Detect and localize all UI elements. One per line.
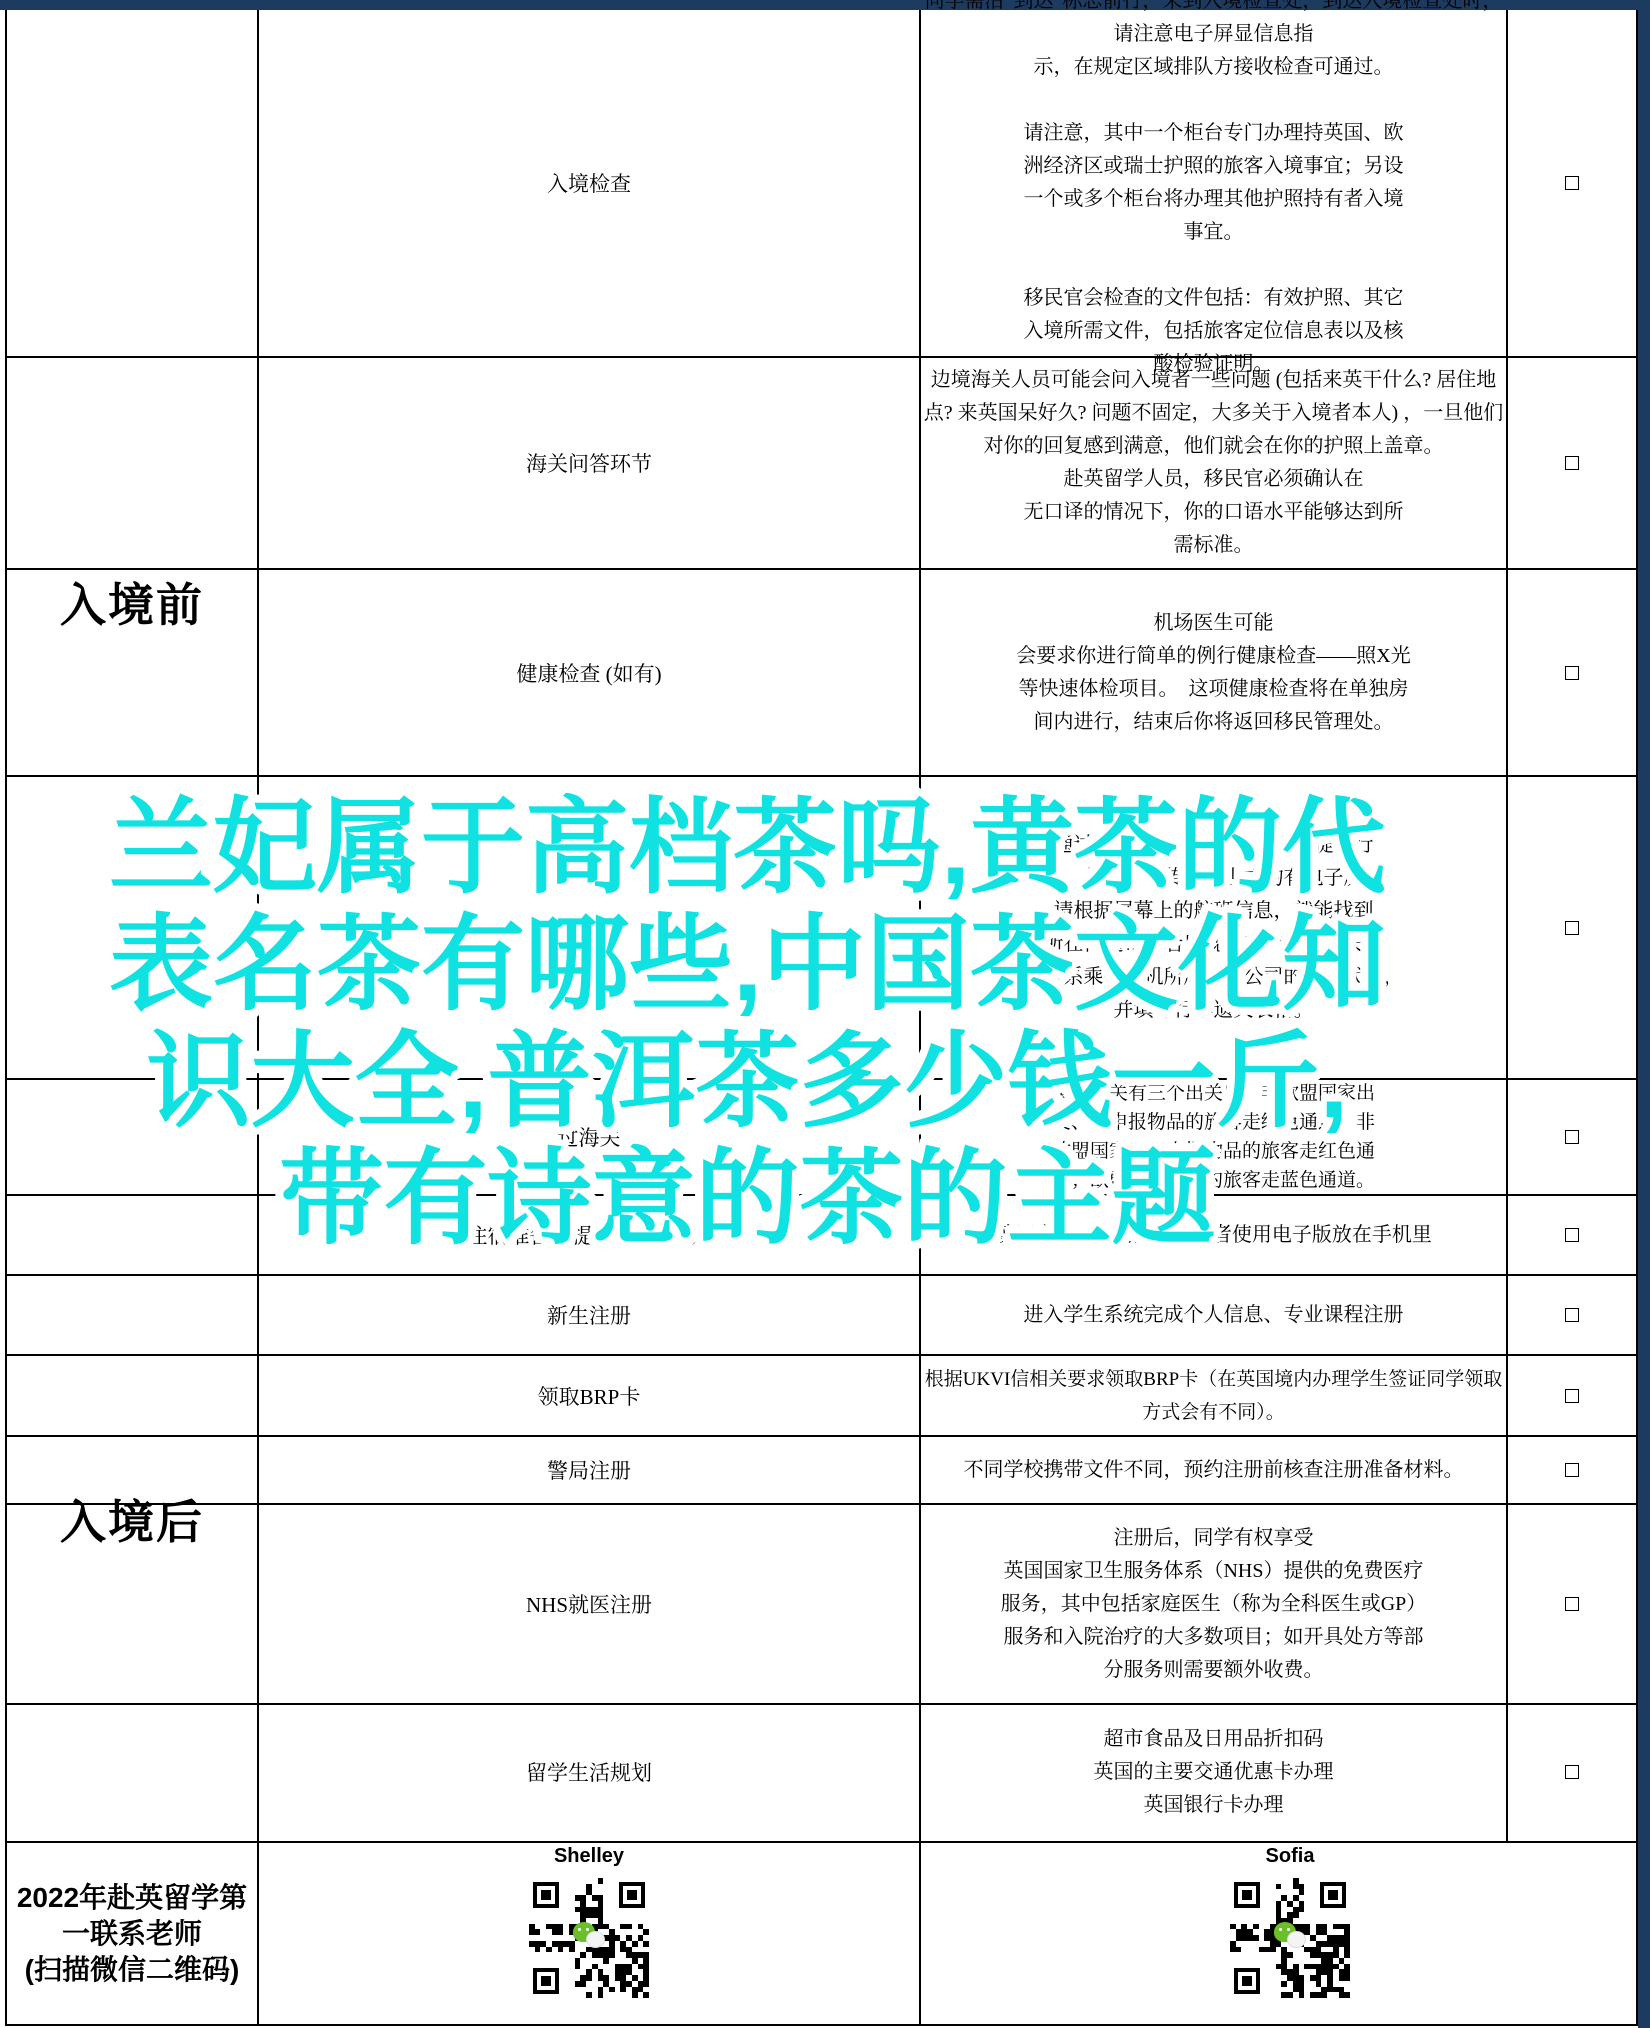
qr-block-shelley: Shelley [459, 1845, 719, 1998]
row-checkbox-cell [1508, 777, 1636, 1078]
qr-block-sofia: Sofia [1160, 1845, 1420, 1998]
section-label-after-entry: 入境后 [7, 1196, 257, 1841]
checkbox[interactable] [1565, 176, 1579, 190]
row-checkbox-cell [1508, 570, 1636, 775]
row-checkbox-cell [1508, 1276, 1636, 1354]
checkbox[interactable] [1565, 1308, 1579, 1322]
overlay-line: 兰妃属于高档茶吗,黄茶的代 [20, 790, 1475, 907]
checkbox[interactable] [1565, 921, 1579, 935]
row-label-nhs-registration: NHS就医注册 [259, 1505, 919, 1703]
row-checkbox-cell [1508, 1703, 1636, 1841]
checkbox[interactable] [1565, 1228, 1579, 1242]
checkbox[interactable] [1565, 456, 1579, 470]
row-checkbox-cell [1508, 358, 1636, 568]
row-checkbox-cell [1508, 1505, 1636, 1703]
row-checkbox-cell [1508, 10, 1636, 356]
footer-contact-text: 2022年赴英留学第 一联系老师 (扫描微信二维码) [7, 1843, 257, 2024]
row-desc-police-registration: 不同学校携带文件不同，预约注册前核查注册准备材料。 [921, 1437, 1506, 1503]
row-checkbox-cell [1508, 1356, 1636, 1435]
checkbox[interactable] [1565, 1597, 1579, 1611]
row-desc-customs-questions: 边境海关人员可能会问入境者一些问题 (包括来英干什么? 居住地 点? 来英国呆好… [921, 358, 1506, 568]
qr-name-sofia: Sofia [1266, 1845, 1315, 1868]
row-desc-entry-inspection: 同学需沿“到达”标志前行，来到入境检查处，到达入境检查处时， 请注意电子屏显信息… [921, 10, 1506, 356]
row-checkbox-cell [1508, 1196, 1636, 1274]
checkbox[interactable] [1565, 1389, 1579, 1403]
row-checkbox-cell [1508, 1080, 1636, 1194]
row-label-health-check: 健康检查 (如有) [259, 570, 919, 775]
row-desc-freshman-registration: 进入学生系统完成个人信息、专业课程注册 [921, 1276, 1506, 1354]
page: { "page": { "edge_color": "#1d3a5f", "ba… [0, 0, 1650, 2028]
overlay-headline: 兰妃属于高档茶吗,黄茶的代 表名茶有哪些,中国茶文化知 识大全,普洱茶多少钱一斤… [20, 790, 1475, 1258]
checkbox[interactable] [1565, 666, 1579, 680]
checkbox[interactable] [1565, 1130, 1579, 1144]
checkbox[interactable] [1565, 1463, 1579, 1477]
row-label-freshman-registration: 新生注册 [259, 1276, 919, 1354]
page-right-edge [1638, 0, 1650, 2028]
overlay-line: 表名茶有哪些,中国茶文化知 [20, 907, 1475, 1024]
overlay-line: 识大全,普洱茶多少钱一斤, [20, 1024, 1475, 1141]
row-desc-health-check: 机场医生可能 会要求你进行简单的例行健康检查——照X光 等快速体检项目。 这项健… [921, 570, 1506, 775]
row-checkbox-cell [1508, 1437, 1636, 1503]
wechat-qr-code [529, 1878, 649, 1998]
wechat-qr-code [1230, 1878, 1350, 1998]
wechat-icon [1274, 1922, 1306, 1954]
wechat-icon [573, 1922, 605, 1954]
overlay-line: 带有诗意的茶的主题 [20, 1141, 1475, 1258]
row-label-customs-questions: 海关问答环节 [259, 358, 919, 568]
checkbox[interactable] [1565, 1765, 1579, 1779]
row-label-entry-inspection: 入境检查 [259, 10, 919, 356]
row-label-brp-card: 领取BRP卡 [259, 1356, 919, 1435]
row-desc-brp-card: 根据UKVI信相关要求领取BRP卡（在英国境内办理学生签证同学领取 方式会有不同… [921, 1356, 1506, 1435]
row-desc-life-planning: 超市食品及日用品折扣码 英国的主要交通优惠卡办理 英国银行卡办理 [921, 1703, 1506, 1841]
row-desc-nhs-registration: 注册后，同学有权享受 英国国家卫生服务体系（NHS）提供的免费医疗 服务，其中包… [921, 1505, 1506, 1703]
row-label-life-planning: 留学生活规划 [259, 1703, 919, 1841]
qr-name-shelley: Shelley [554, 1845, 624, 1868]
row-label-police-registration: 警局注册 [259, 1437, 919, 1503]
